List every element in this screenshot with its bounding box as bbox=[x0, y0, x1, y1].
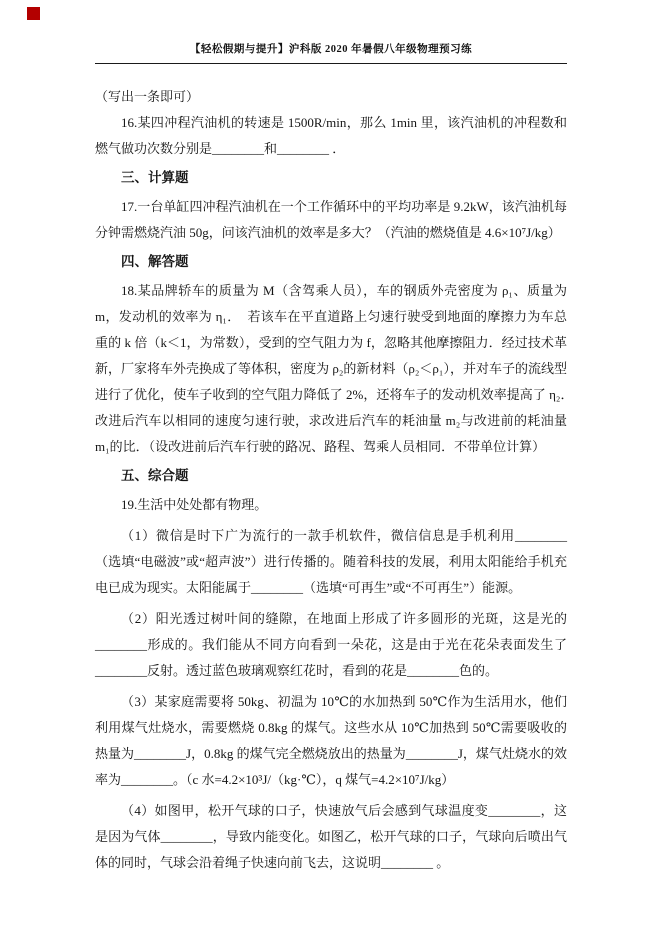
page-header: 【轻松假期与提升】沪科版 2020 年暑假八年级物理预习练 bbox=[95, 41, 567, 64]
worksheet-page: 【轻松假期与提升】沪科版 2020 年暑假八年级物理预习练 （写出一条即可） 1… bbox=[0, 0, 661, 935]
question-19-part-4: （4）如图甲，松开气球的口子，快速放气后会感到气球温度变________，这是因… bbox=[95, 798, 567, 876]
question-19-part-2: （2）阳光透过树叶间的缝隙，在地面上形成了许多圆形的光斑，这是光的_______… bbox=[95, 606, 567, 684]
page-header-title: 【轻松假期与提升】沪科版 2020 年暑假八年级物理预习练 bbox=[95, 41, 567, 56]
question-16: 16.某四冲程汽油机的转速是 1500R/min，那么 1min 里，该汽油机的… bbox=[95, 110, 567, 162]
question-19-part-3: （3）某家庭需要将 50kg、初温为 10℃的水加热到 50℃作为生活用水，他们… bbox=[95, 689, 567, 793]
section-heading-comprehensive: 五、综合题 bbox=[95, 463, 567, 489]
question-18: 18.某品牌轿车的质量为 M（含驾乘人员），车的钢质外壳密度为 ρ₁、质量为 m… bbox=[95, 278, 567, 460]
header-divider bbox=[95, 63, 567, 64]
question-17: 17.一台单缸四冲程汽油机在一个工作循环中的平均功率是 9.2kW，该汽油机每分… bbox=[95, 194, 567, 246]
note-line: （写出一条即可） bbox=[95, 84, 567, 110]
question-19-stem: 19.生活中处处都有物理。 bbox=[95, 492, 567, 518]
red-square-marker bbox=[27, 7, 40, 20]
document-body: （写出一条即可） 16.某四冲程汽油机的转速是 1500R/min，那么 1mi… bbox=[95, 84, 567, 876]
question-19-part-1: （1）微信是时下广为流行的一款手机软件，微信信息是手机利用________（选填… bbox=[95, 523, 567, 601]
section-heading-answer: 四、解答题 bbox=[95, 249, 567, 275]
section-heading-calculation: 三、计算题 bbox=[95, 165, 567, 191]
